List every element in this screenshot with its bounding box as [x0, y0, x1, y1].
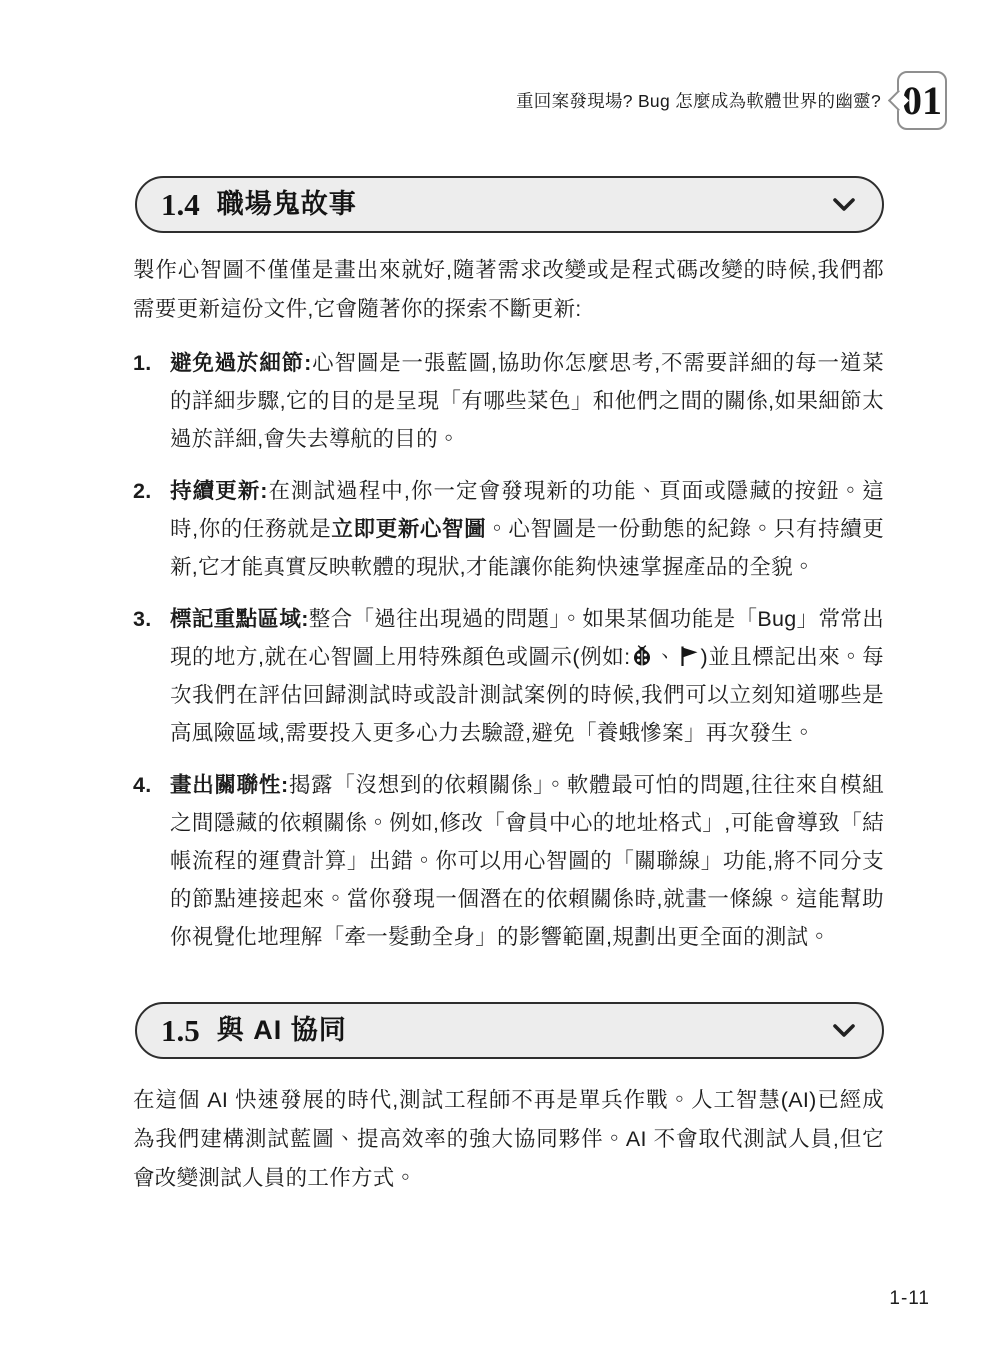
section-1-5-intro: 在這個 AI 快速發展的時代,測試工程師不再是單兵作戰。人工智慧(AI)已經成為…: [133, 1081, 884, 1198]
section-title: 職場鬼故事: [217, 191, 357, 218]
section-number: 1.4: [161, 189, 200, 220]
section-1-4-intro: 製作心智圖不僅僅是畫出來就好,隨著需求改變或是程式碼改變的時候,我們都需要更新這…: [133, 251, 884, 329]
section-title: 與 AI 協同: [217, 1017, 347, 1044]
chevron-down-icon[interactable]: [832, 1023, 856, 1039]
list-item-body: 標記重點區域:整合「過往出現過的問題」。如果某個功能是「Bug」常常出現的地方,…: [170, 600, 884, 752]
list-item: 3. 標記重點區域:整合「過往出現過的問題」。如果某個功能是「Bug」常常出現的…: [133, 600, 884, 752]
list-item: 4. 畫出關聯性:揭露「沒想到的依賴關係」。軟體最可怕的問題,往往來自模組之間隱…: [133, 766, 884, 956]
list-item: 2. 持續更新:在測試過程中,你一定會發現新的功能、頁面或隱藏的按鈕。這時,你的…: [133, 472, 884, 586]
flag-icon: [677, 644, 701, 668]
list-item-body: 避免過於細節:心智圖是一張藍圖,協助你怎麼思考,不需要詳細的每一道菜的詳細步驟,…: [170, 344, 884, 458]
book-page: 重回案發現場? Bug 怎麼成為軟體世界的幽靈? 01 1.4 職場鬼故事 製作…: [0, 0, 1000, 1353]
list-item-body: 畫出關聯性:揭露「沒想到的依賴關係」。軟體最可怕的問題,往往來自模組之間隱藏的依…: [170, 766, 884, 956]
page-number: 1-11: [889, 1288, 930, 1310]
list-item: 1. 避免過於細節:心智圖是一張藍圖,協助你怎麼思考,不需要詳細的每一道菜的詳細…: [133, 344, 884, 458]
chapter-badge: 01: [897, 71, 947, 130]
section-1-5-header[interactable]: 1.5 與 AI 協同: [135, 1002, 884, 1059]
page-content: 1.4 職場鬼故事 製作心智圖不僅僅是畫出來就好,隨著需求改變或是程式碼改變的時…: [133, 176, 884, 1198]
section-1-4-header[interactable]: 1.4 職場鬼故事: [135, 176, 884, 233]
chevron-down-icon[interactable]: [832, 197, 856, 213]
list-item-number: 3.: [133, 600, 170, 752]
list-item-number: 1.: [133, 344, 170, 458]
section-gap: [133, 970, 884, 1002]
list-item-number: 4.: [133, 766, 170, 956]
running-header: 重回案發現場? Bug 怎麼成為軟體世界的幽靈? 01: [0, 72, 947, 129]
list-item-number: 2.: [133, 472, 170, 586]
running-title: 重回案發現場? Bug 怎麼成為軟體世界的幽靈?: [516, 88, 881, 113]
list-item-body: 持續更新:在測試過程中,你一定會發現新的功能、頁面或隱藏的按鈕。這時,你的任務就…: [170, 472, 884, 586]
ladybug-icon: [630, 644, 654, 668]
section-number: 1.5: [161, 1015, 200, 1046]
numbered-list: 1. 避免過於細節:心智圖是一張藍圖,協助你怎麼思考,不需要詳細的每一道菜的詳細…: [133, 344, 884, 956]
